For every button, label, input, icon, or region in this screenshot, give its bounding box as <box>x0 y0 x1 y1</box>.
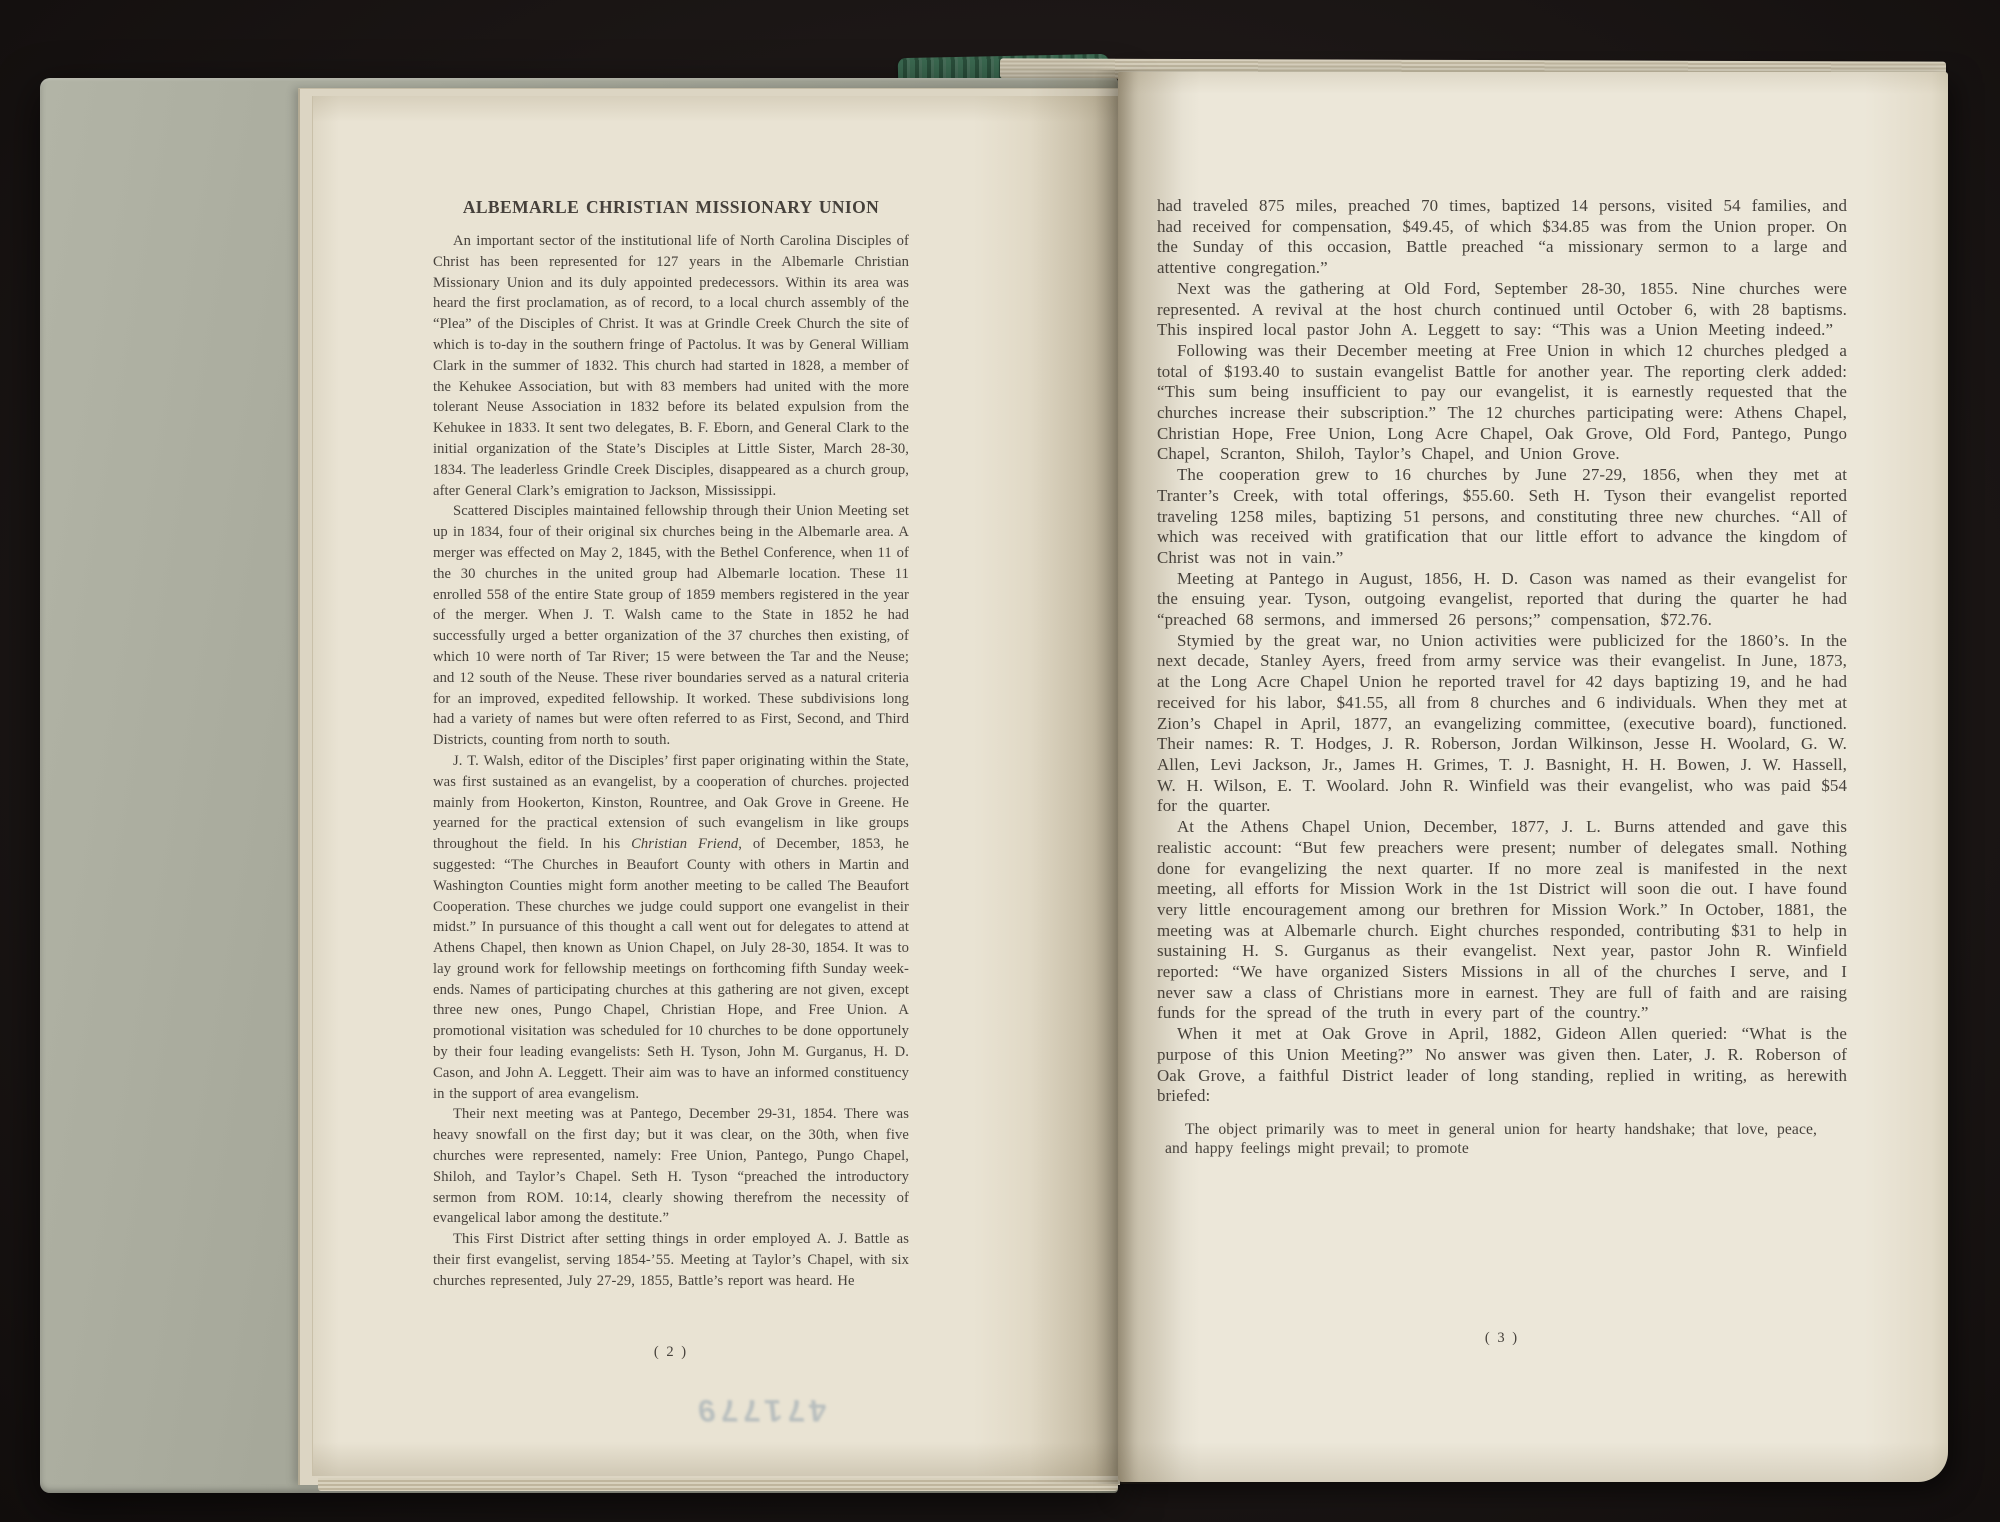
right-page-text: had traveled 875 miles, preached 70 time… <box>1157 196 1847 1159</box>
paragraph: J. T. Walsh, editor of the Disciples’ fi… <box>433 751 909 1105</box>
right-page-number: ( 3 ) <box>1402 1330 1602 1347</box>
paragraph: had traveled 875 miles, preached 70 time… <box>1157 196 1847 279</box>
left-page: ALBEMARLE CHRISTIAN MISSIONARY UNION An … <box>312 96 1119 1476</box>
block-quote: The object primarily was to meet in gene… <box>1165 1120 1843 1159</box>
paragraph: The cooperation grew to 16 churches by J… <box>1157 465 1847 569</box>
paragraph: Following was their December meeting at … <box>1157 341 1847 465</box>
paragraph: This First District after setting things… <box>433 1229 909 1291</box>
right-page: had traveled 875 miles, preached 70 time… <box>1118 72 1948 1482</box>
open-book: ALBEMARLE CHRISTIAN MISSIONARY UNION An … <box>0 0 2000 1522</box>
left-page-number: ( 2 ) <box>571 1344 771 1361</box>
page-edges-bottom <box>318 1478 1118 1491</box>
page-title: ALBEMARLE CHRISTIAN MISSIONARY UNION <box>433 196 909 218</box>
left-page-text: ALBEMARLE CHRISTIAN MISSIONARY UNION An … <box>433 196 909 1292</box>
paragraph: Meeting at Pantego in August, 1856, H. D… <box>1157 569 1847 631</box>
paragraph: Next was the gathering at Old Ford, Sept… <box>1157 279 1847 341</box>
paragraph: Their next meeting was at Pantego, Decem… <box>433 1104 909 1229</box>
photo-backdrop: ALBEMARLE CHRISTIAN MISSIONARY UNION An … <box>0 0 2000 1522</box>
paragraph: Scattered Disciples maintained fellowshi… <box>433 501 909 751</box>
paragraph: At the Athens Chapel Union, December, 18… <box>1157 817 1847 1024</box>
bleed-through-stamp: 471779 <box>691 1392 828 1428</box>
paragraph: When it met at Oak Grove in April, 1882,… <box>1157 1024 1847 1107</box>
paragraph: Stymied by the great war, no Union activ… <box>1157 631 1847 817</box>
paragraph: An important sector of the institutional… <box>433 231 909 501</box>
